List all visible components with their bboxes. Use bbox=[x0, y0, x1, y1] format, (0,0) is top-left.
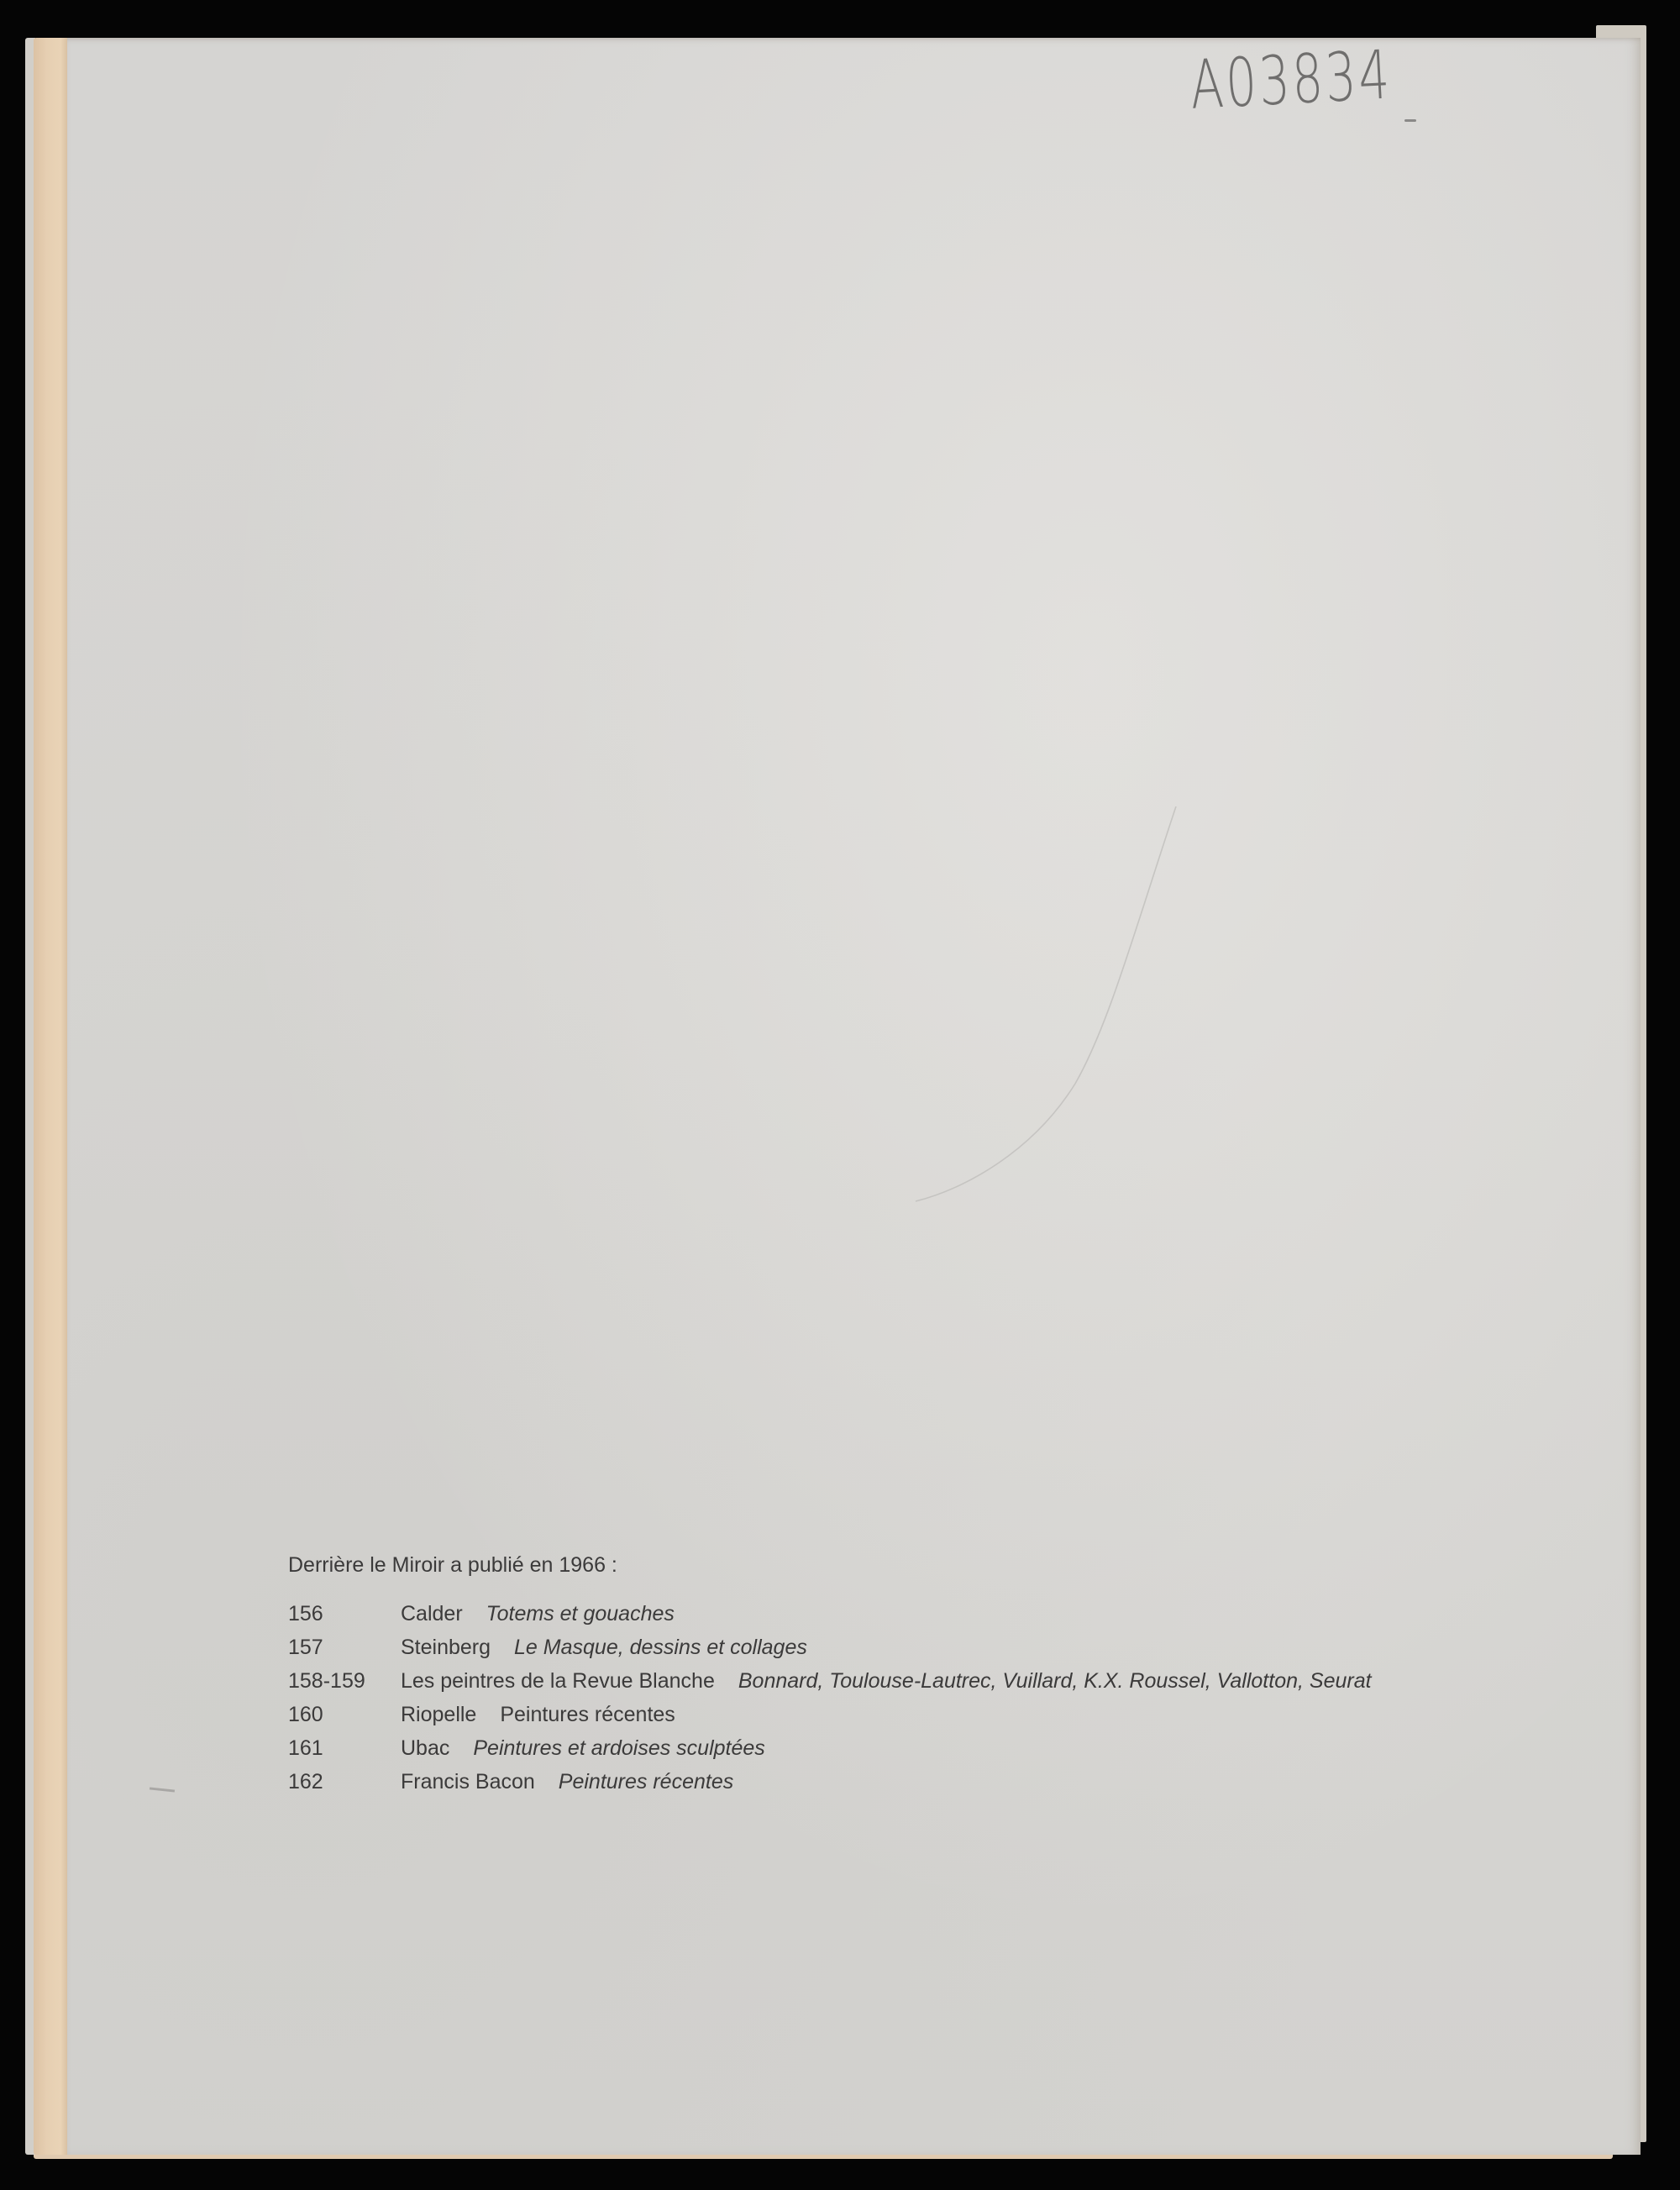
publication-list-intro: Derrière le Miroir a publié en 1966 : bbox=[288, 1548, 1372, 1582]
issue-title: Peintures et ardoises sculptées bbox=[473, 1731, 764, 1765]
publication-entry: 162 Francis Bacon Peintures récentes bbox=[288, 1765, 1372, 1799]
publication-entry: 156 Calder Totems et gouaches bbox=[288, 1597, 1372, 1631]
artist-name: Ubac bbox=[401, 1731, 449, 1765]
issue-number: 162 bbox=[288, 1765, 401, 1799]
issue-number: 158-159 bbox=[288, 1664, 401, 1698]
publication-list: Derrière le Miroir a publié en 1966 : 15… bbox=[288, 1548, 1372, 1799]
publication-entry: 157 Steinberg Le Masque, dessins et coll… bbox=[288, 1631, 1372, 1664]
issue-title: Le Masque, dessins et collages bbox=[514, 1631, 807, 1664]
issue-title: Peintures récentes bbox=[559, 1765, 733, 1799]
back-cover-page bbox=[67, 38, 1641, 2155]
publication-entry: 160 Riopelle Peintures récentes bbox=[288, 1698, 1372, 1731]
issue-number: 156 bbox=[288, 1597, 401, 1631]
binding-spine bbox=[34, 38, 67, 2155]
issue-title: Totems et gouaches bbox=[486, 1597, 675, 1631]
issue-number: 157 bbox=[288, 1631, 401, 1664]
artist-name: Les peintres de la Revue Blanche bbox=[401, 1664, 715, 1698]
artist-name: Riopelle bbox=[401, 1698, 476, 1731]
handwritten-dash-mark bbox=[1404, 119, 1416, 122]
issue-title: Bonnard, Toulouse-Lautrec, Vuillard, K.X… bbox=[738, 1664, 1372, 1698]
publication-entry: 161 Ubac Peintures et ardoises sculptées bbox=[288, 1731, 1372, 1765]
issue-title: Peintures récentes bbox=[500, 1698, 675, 1731]
artist-name: Calder bbox=[401, 1597, 463, 1631]
artist-name: Steinberg bbox=[401, 1631, 491, 1664]
artist-name: Francis Bacon bbox=[401, 1765, 535, 1799]
publication-entry: 158-159 Les peintres de la Revue Blanche… bbox=[288, 1664, 1372, 1698]
handwritten-inventory-number: A03834 bbox=[1189, 41, 1394, 118]
issue-number: 160 bbox=[288, 1698, 401, 1731]
issue-number: 161 bbox=[288, 1731, 401, 1765]
